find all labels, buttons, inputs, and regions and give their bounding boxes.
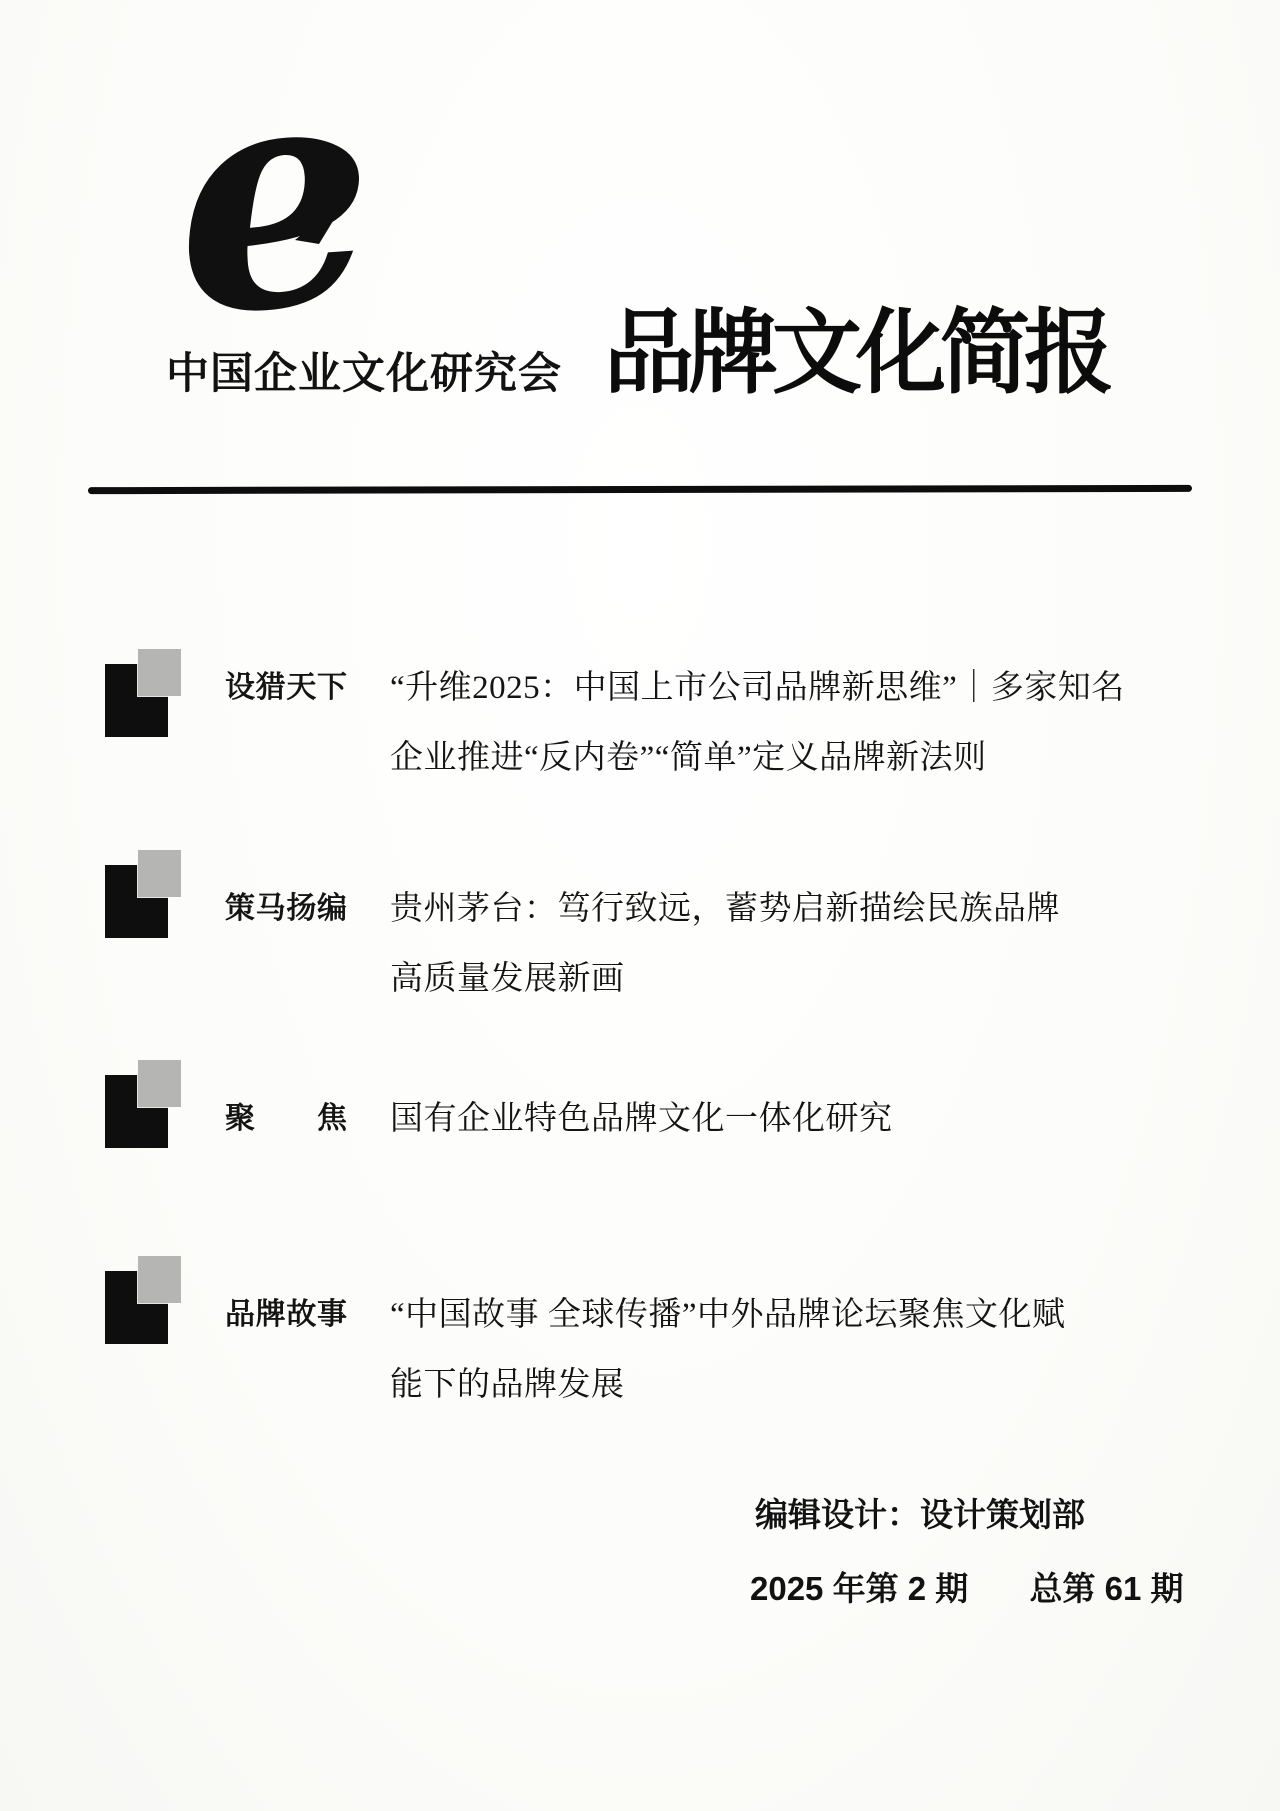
toc-section-label: 品牌故事 bbox=[225, 1286, 347, 1344]
organization-name: 中国企业文化研究会 bbox=[166, 353, 562, 396]
header-divider-rule bbox=[88, 485, 1192, 494]
newsletter-cover-page: e 中国企业文化研究会 品牌文化简报 设猎天下 “升维2025：中国上市公司品牌… bbox=[0, 0, 1280, 1811]
toc-section-label: 设猎天下 bbox=[225, 659, 347, 717]
logo-e-glyph: e bbox=[164, 33, 384, 358]
toc-entry-line: “升维2025：中国上市公司品牌新思维”｜多家知名 bbox=[390, 653, 1090, 723]
brand-e-logo-icon: e bbox=[213, 138, 337, 280]
issue-info: 2025 年第 2 期 总第 61 期 bbox=[750, 1571, 1184, 1607]
gray-square-icon bbox=[138, 1256, 181, 1303]
toc-entry-text: 国有企业特色品牌文化一体化研究 bbox=[390, 1084, 1090, 1154]
toc-entry-line: “中国故事 全球传播”中外品牌论坛聚焦文化赋 bbox=[390, 1280, 1090, 1350]
overlapping-squares-icon bbox=[105, 1256, 181, 1344]
toc-section-label: 策马扬编 bbox=[225, 880, 347, 938]
toc-entry-text: 贵州茅台：笃行致远，蓄势启新描绘民族品牌 高质量发展新画 bbox=[390, 874, 1090, 1014]
editor-credit: 编辑设计：设计策划部 bbox=[755, 1497, 1085, 1533]
overlapping-squares-icon bbox=[105, 649, 181, 737]
toc-entry-line: 企业推进“反内卷”“简单”定义品牌新法则 bbox=[390, 723, 1090, 793]
total-issue-number: 总第 61 期 bbox=[1029, 1571, 1183, 1607]
overlapping-squares-icon bbox=[105, 1060, 181, 1148]
toc-entry-line: 贵州茅台：笃行致远，蓄势启新描绘民族品牌 bbox=[390, 874, 1090, 944]
gray-square-icon bbox=[138, 850, 181, 897]
issue-number: 2025 年第 2 期 bbox=[750, 1571, 968, 1607]
logo-flick-stroke-icon bbox=[293, 196, 351, 248]
toc-section-label: 聚焦 bbox=[225, 1090, 347, 1148]
toc-entry-text: “中国故事 全球传播”中外品牌论坛聚焦文化赋 能下的品牌发展 bbox=[390, 1280, 1090, 1420]
gray-square-icon bbox=[138, 649, 181, 696]
toc-entry-line: 高质量发展新画 bbox=[390, 944, 1090, 1014]
overlapping-squares-icon bbox=[105, 850, 181, 938]
toc-entry-line: 能下的品牌发展 bbox=[390, 1350, 1090, 1420]
toc-entry-text: “升维2025：中国上市公司品牌新思维”｜多家知名 企业推进“反内卷”“简单”定… bbox=[390, 653, 1090, 793]
gray-square-icon bbox=[138, 1060, 181, 1107]
newsletter-title: 品牌文化简报 bbox=[604, 308, 1108, 400]
toc-entry-line: 国有企业特色品牌文化一体化研究 bbox=[390, 1084, 1090, 1154]
